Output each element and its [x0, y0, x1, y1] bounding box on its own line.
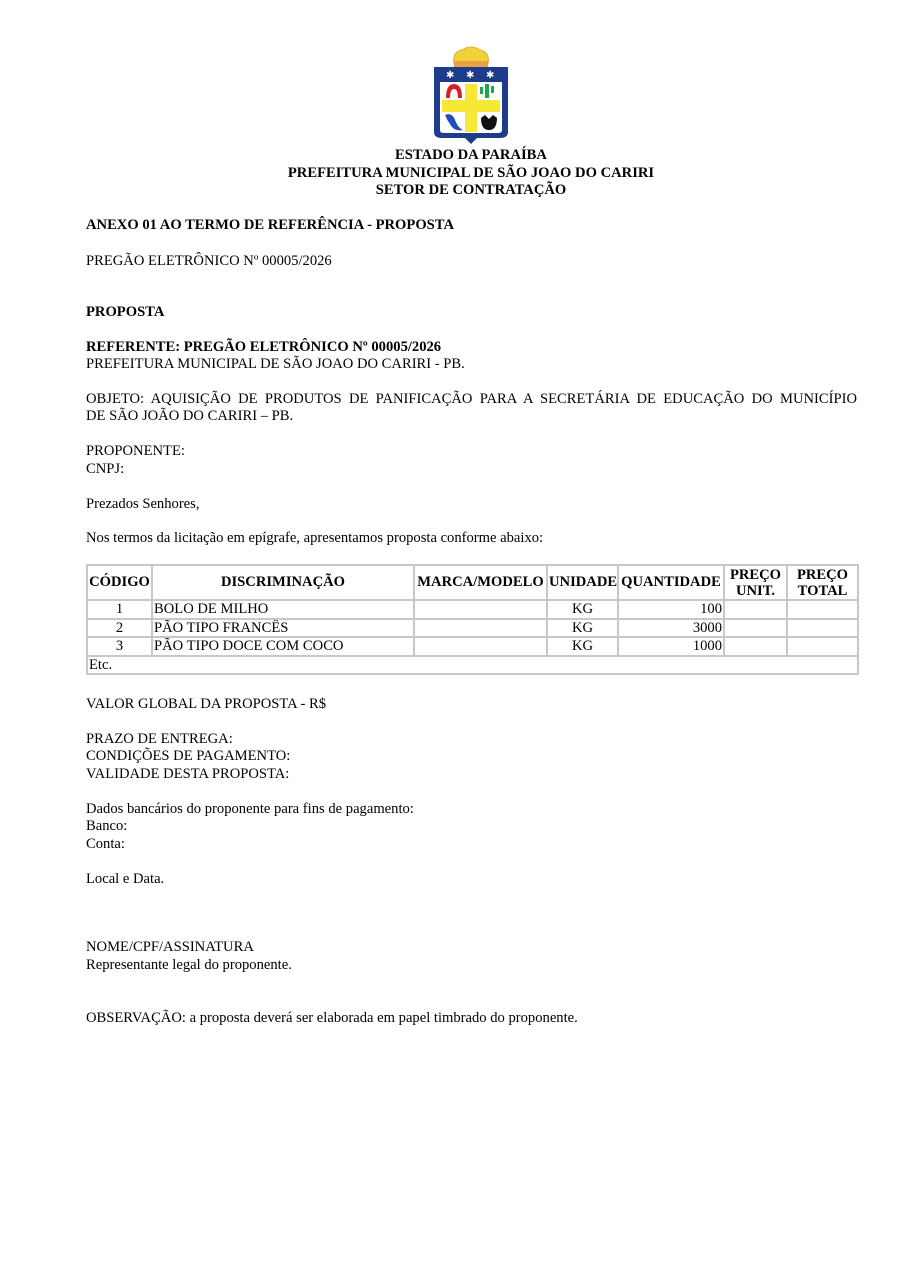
header-block: ESTADO DA PARAÍBA PREFEITURA MUNICIPAL D…: [0, 147, 900, 200]
referente-line: REFERENTE: PREGÃO ELETRÔNICO Nº 00005/20…: [86, 339, 441, 357]
cell-preco-total: [787, 619, 858, 638]
cnpj-label: CNPJ:: [86, 461, 124, 479]
dados-bancarios: Dados bancários do proponente para fins …: [86, 801, 414, 819]
condicoes-pagamento: CONDIÇÕES DE PAGAMENTO:: [86, 748, 290, 766]
objeto-line-1: OBJETO: AQUISIÇÃO DE PRODUTOS DE PANIFIC…: [86, 391, 857, 409]
cell-preco-unit: [724, 637, 787, 656]
cell-quantidade: 3000: [618, 619, 724, 638]
conta-label: Conta:: [86, 836, 125, 854]
svg-text:✱: ✱: [486, 70, 494, 81]
col-preco-unit-line1: PREÇO: [726, 567, 785, 583]
banco-label: Banco:: [86, 818, 127, 836]
cell-codigo: 1: [87, 600, 152, 619]
cell-quantidade: 1000: [618, 637, 724, 656]
table-footer-etc: Etc.: [87, 656, 858, 675]
intro-text: Nos termos da licitação em epígrafe, apr…: [86, 530, 543, 548]
representante-line: Representante legal do proponente.: [86, 957, 292, 975]
header-setor: SETOR DE CONTRATAÇÃO: [0, 182, 900, 200]
objeto-line-2: DE SÃO JOÃO DO CARIRI – PB.: [86, 408, 293, 426]
col-preco-total-line2: TOTAL: [789, 583, 856, 599]
cell-preco-total: [787, 600, 858, 619]
col-preco-unit: PREÇO UNIT.: [724, 565, 787, 600]
prazo-entrega: PRAZO DE ENTREGA:: [86, 731, 233, 749]
proponente-label: PROPONENTE:: [86, 443, 185, 461]
header-prefeitura: PREFEITURA MUNICIPAL DE SÃO JOAO DO CARI…: [0, 165, 900, 183]
table-header-row: CÓDIGO DISCRIMINAÇÃO MARCA/MODELO UNIDAD…: [87, 565, 858, 600]
table-footer-row: Etc.: [87, 656, 858, 675]
cell-discriminacao: PÃO TIPO DOCE COM COCO: [152, 637, 414, 656]
validade-proposta: VALIDADE DESTA PROPOSTA:: [86, 766, 289, 784]
cell-preco-total: [787, 637, 858, 656]
assinatura-line: NOME/CPF/ASSINATURA: [86, 939, 254, 957]
cell-preco-unit: [724, 600, 787, 619]
col-preco-total-line1: PREÇO: [789, 567, 856, 583]
cell-discriminacao: BOLO DE MILHO: [152, 600, 414, 619]
svg-text:✱: ✱: [446, 70, 454, 81]
col-quantidade: QUANTIDADE: [618, 565, 724, 600]
cell-marca: [414, 619, 547, 638]
table-row: 3PÃO TIPO DOCE COM COCOKG1000: [87, 637, 858, 656]
table-row: 1BOLO DE MILHOKG100: [87, 600, 858, 619]
col-marca: MARCA/MODELO: [414, 565, 547, 600]
cell-preco-unit: [724, 619, 787, 638]
greeting: Prezados Senhores,: [86, 496, 199, 514]
cell-unidade: KG: [547, 600, 618, 619]
col-unidade: UNIDADE: [547, 565, 618, 600]
cell-marca: [414, 600, 547, 619]
cell-quantidade: 100: [618, 600, 724, 619]
table-row: 2PÃO TIPO FRANCÊSKG3000: [87, 619, 858, 638]
cell-marca: [414, 637, 547, 656]
observacao: OBSERVAÇÃO: a proposta deverá ser elabor…: [86, 1010, 578, 1028]
col-preco-total: PREÇO TOTAL: [787, 565, 858, 600]
proposta-heading: PROPOSTA: [86, 304, 164, 322]
header-state: ESTADO DA PARAÍBA: [0, 147, 900, 165]
cell-unidade: KG: [547, 619, 618, 638]
cell-codigo: 2: [87, 619, 152, 638]
local-data: Local e Data.: [86, 871, 164, 889]
pregao-number: PREGÃO ELETRÔNICO Nº 00005/2026: [86, 253, 332, 271]
col-discriminacao: DISCRIMINAÇÃO: [152, 565, 414, 600]
items-table: CÓDIGO DISCRIMINAÇÃO MARCA/MODELO UNIDAD…: [86, 564, 859, 675]
coat-of-arms-icon: ✱ ✱ ✱: [432, 44, 510, 144]
cell-codigo: 3: [87, 637, 152, 656]
cell-discriminacao: PÃO TIPO FRANCÊS: [152, 619, 414, 638]
prefeitura-line: PREFEITURA MUNICIPAL DE SÃO JOAO DO CARI…: [86, 356, 465, 374]
valor-global: VALOR GLOBAL DA PROPOSTA - R$: [86, 696, 326, 714]
col-codigo: CÓDIGO: [87, 565, 152, 600]
annex-title: ANEXO 01 AO TERMO DE REFERÊNCIA - PROPOS…: [86, 217, 454, 235]
cell-unidade: KG: [547, 637, 618, 656]
svg-text:✱: ✱: [466, 70, 474, 81]
col-preco-unit-line2: UNIT.: [726, 583, 785, 599]
